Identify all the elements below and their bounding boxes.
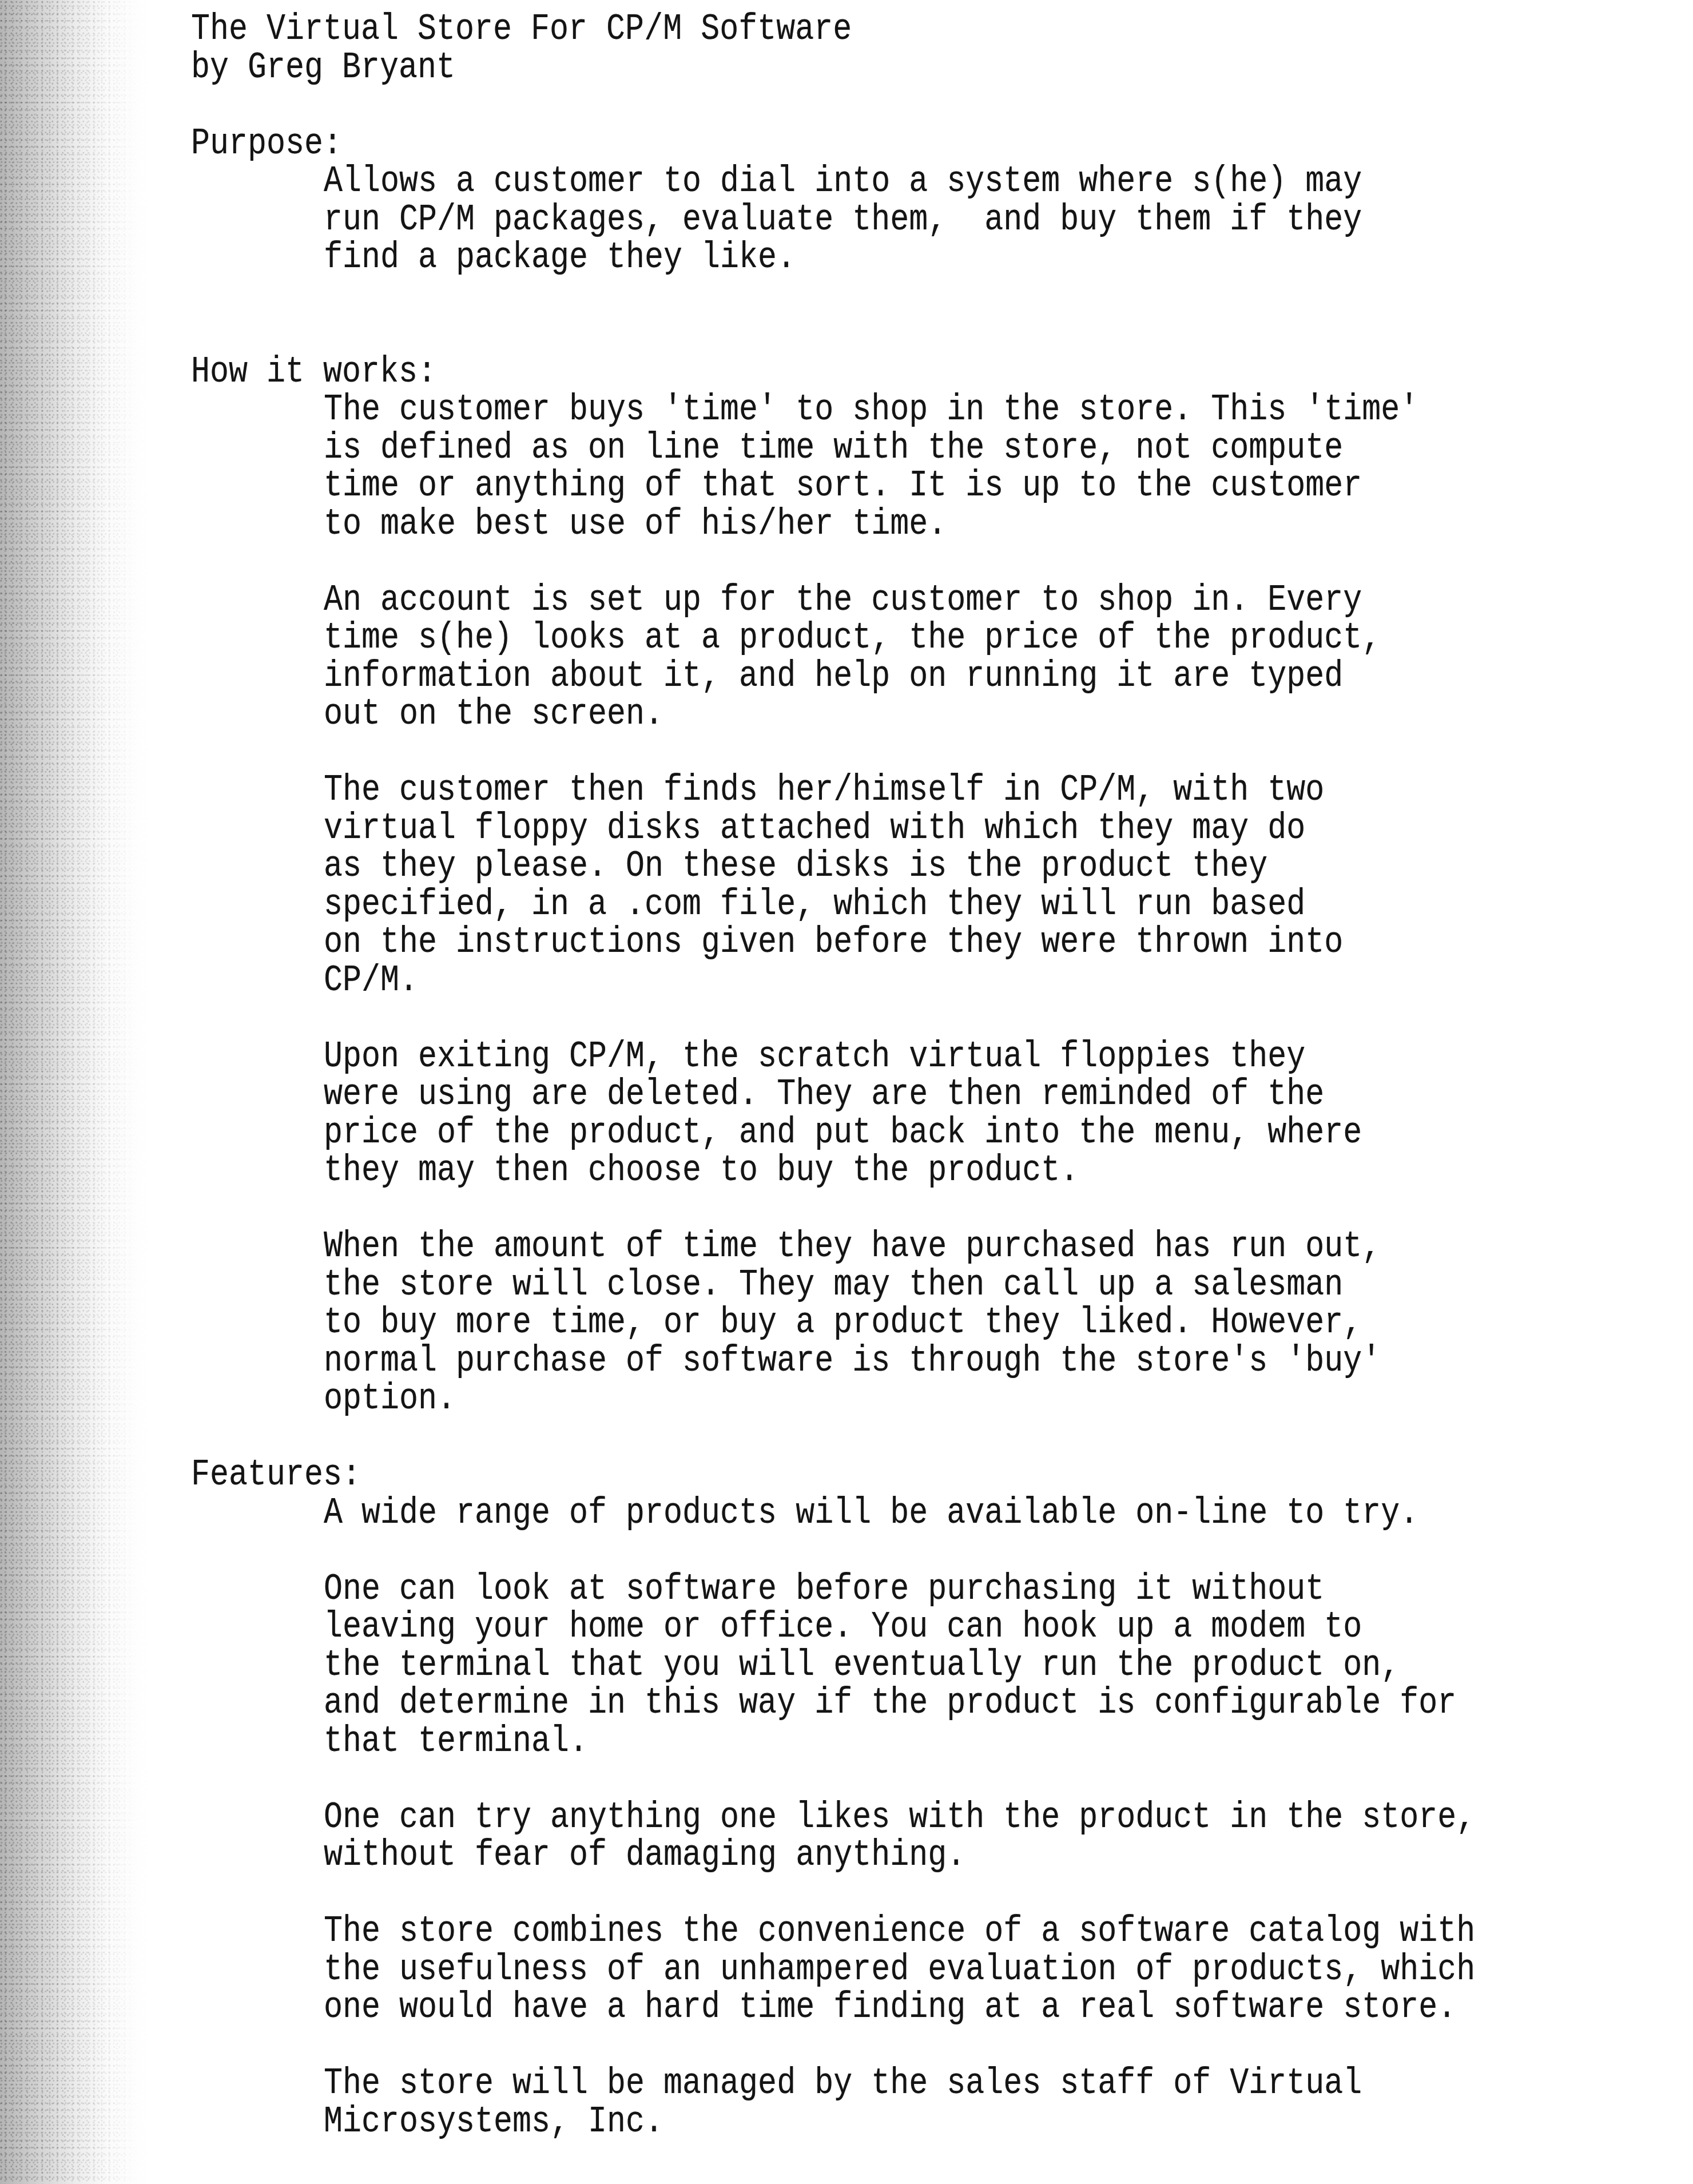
paragraph-line: out on the screen. [324,692,663,736]
paragraph-line: they may then choose to buy the product. [324,1148,1079,1193]
paragraph-line: without fear of damaging anything. [324,1833,965,1877]
paragraph-line: A wide range of products will be availab… [324,1491,1418,1535]
paragraph-line: one would have a hard time finding at a … [324,1985,1456,2030]
paragraph-line: to make best use of his/her time. [324,502,947,546]
paragraph-line: on the instructions given before they we… [324,920,1343,964]
document-byline: by Greg Bryant [191,45,455,90]
scanner-edge-noise [0,0,149,2184]
section-heading: Purpose: [191,121,342,166]
paragraph-line: Microsystems, Inc. [324,2099,663,2144]
paragraph-line: that terminal. [324,1719,588,1764]
paragraph-line: find a package they like. [324,235,796,280]
paragraph-line: option. [324,1376,456,1421]
paragraph-line: CP/M. [324,958,418,1003]
paragraph-line: normal purchase of software is through t… [324,1339,1381,1383]
